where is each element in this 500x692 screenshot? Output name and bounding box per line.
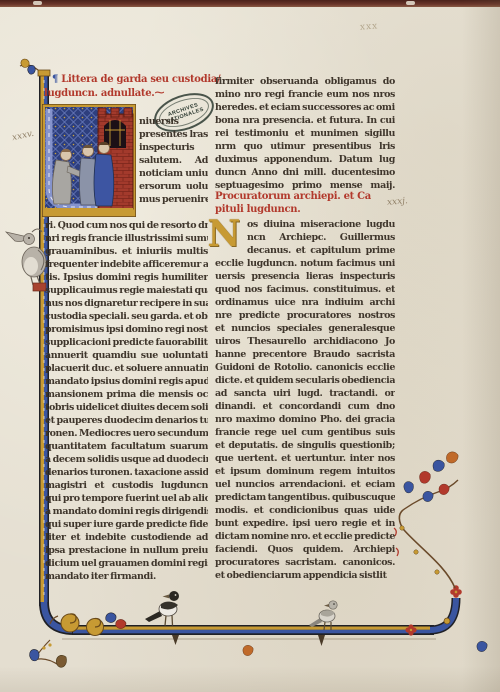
text-line: uiros Thesaurello archidiacono Jo (215, 335, 395, 348)
leaf-spray-bottom-left (30, 640, 67, 667)
text-line: decanus. et capitulum prime (247, 244, 395, 257)
text-line: dicte. et quidem secularis obediencia (215, 374, 395, 387)
text-line: mus peruenire (139, 193, 208, 206)
text-line: noticiam uniu (139, 167, 208, 180)
thorn-leaf-icon (172, 635, 179, 645)
text-line: grauaminibus. et iniuriis multis (45, 245, 208, 258)
text-line: firmiter obseruanda obligamus do (215, 75, 395, 88)
text-line: bunt expedire. ipsi uero regie et in (215, 517, 395, 530)
text-line: tis. Ipsius domini regis humiliter (45, 271, 208, 284)
text-line: francie rege uel cum gentibus suis (215, 426, 395, 439)
right-rubric-line-1: Procuratorum archiepi. et Ca (215, 191, 371, 202)
text-line: nre predicte procuratores nostros (215, 309, 395, 322)
text-line: modis. et condicionibus quas uide (215, 504, 395, 517)
text-line: dictam nomine nro. et ecclie predicte (215, 530, 395, 543)
text-line: ri. Quod cum nos qui de resorto dni (45, 219, 208, 232)
text-line: denarios turonen. taxacione assiden (45, 466, 208, 479)
text-line: procuratores sacristam. canonicos. (215, 556, 395, 569)
text-line: heredes. et eciam successores ac omia (215, 101, 395, 114)
text-line: duncn Anno dni mill. ducentesimo (215, 166, 395, 179)
small-leaf-icon (477, 641, 487, 651)
text-line: a decem solidis usque ad duodecim (45, 453, 208, 466)
text-line: que uertent. et uertuntur. inter nos (215, 452, 395, 465)
text-line: nro maximo domino Pho. dei gracia (215, 413, 395, 426)
red-flower-ornament (450, 585, 462, 598)
magpie-bird-icon (145, 591, 179, 626)
text-line: promisimus ipsi domino regi nostre (45, 323, 208, 336)
text-line: mandato iter firmandi. (45, 570, 208, 583)
text-line: nri regis francie illustrissimi sumus (45, 232, 208, 245)
text-line: quod nos facimus. constituimus. et (215, 283, 395, 296)
text-line: mansionem prima die mensis oc (45, 388, 208, 401)
text-line: bona nra presencia. et futura. In cui (215, 114, 395, 127)
thorn-leaf-icon (318, 635, 325, 646)
text-line: dicium uel grauamen domini regis (45, 557, 208, 570)
text-line: ronen. Mediocres uero secundum (45, 427, 208, 440)
left-column-text: ri. Quod cum nos qui de resorto dninri r… (45, 219, 208, 583)
text-line: a mandato domini regis dirigendis (45, 505, 208, 518)
text-line: et pauperes duodecim denarios tu (45, 414, 208, 427)
text-line: uel nuncios arrendacioni. et eciam (215, 478, 395, 491)
text-line: Guidoni de Rotolio. canonicis ecclie (215, 361, 395, 374)
text-line: os diuina miseracione lugdu (247, 218, 395, 231)
text-line: qui pro tempore fuerint uel ab alio (45, 492, 208, 505)
text-line: dinandi. et concordandi cum dno (215, 400, 395, 413)
text-line: et nuncios speciales generalesque (215, 322, 395, 335)
right-vine (399, 452, 458, 588)
bar-top-leaf-ornament (20, 59, 38, 74)
text-line: et obedienciarum appendicia sistlit (215, 569, 395, 582)
text-line: inspecturis (139, 141, 208, 154)
rubric-line-1: ¶ Littera de garda seu custodia/ (52, 74, 220, 85)
text-line: magistri et custodis lugduncn (45, 479, 208, 492)
text-line: supplicacioni predicte fauorabiliter (45, 336, 208, 349)
text-line: ersorum uolu (139, 180, 208, 193)
manuscript-page: { "colors": { "parchment": "#e7e2d5", "i… (0, 0, 500, 692)
leaf-spray-right (404, 452, 458, 502)
text-line: liter et indebite custodiende ad (45, 531, 208, 544)
text-line: et deputatis. de singulis questionib; (215, 439, 395, 452)
text-line: niuersis (139, 115, 208, 128)
text-line: nrm quo utimur presentibus lris (215, 140, 395, 153)
text-line: uersis presencia lieras inspecturis (215, 270, 395, 283)
text-line: salutem. Ad (139, 154, 208, 167)
right-column-indented: os diuina miseracione lugduncn Archiepc.… (247, 218, 395, 257)
text-line: ordinamus uice nra indiuim archi (215, 296, 395, 309)
text-line: et ipsum dominum regem intuitos (215, 465, 395, 478)
text-line: mino nro regi francie eum nos nros (215, 88, 395, 101)
right-column-text: ecclie lugduncn. notum facimus uniuersis… (215, 257, 395, 582)
left-column-intro: niuersispresentes lrasinspecturissalutem… (139, 115, 208, 206)
text-line: custodia speciali. seu garda. et obloc (45, 310, 208, 323)
text-line: qui super iure garde predicte fide (45, 518, 208, 531)
miniature-figures (52, 142, 113, 206)
text-line: nus nos dignaretur recipere in sua (45, 297, 208, 310)
right-column-text-top: firmiter obseruanda obligamus domino nro… (215, 75, 395, 192)
text-line: frequenter indebite afficeremur a mil (45, 258, 208, 271)
text-line: predictam tangentibus. quibuscuque (215, 491, 395, 504)
text-line: hanne precentore Braudo sacrista (215, 348, 395, 361)
paraph-mark: ¶ (52, 74, 58, 85)
small-leaf-icon (243, 645, 253, 655)
text-line: ncn Archiepc. Guillermus (247, 231, 395, 244)
historiated-initial-miniature (42, 104, 136, 217)
rubric-line-2: lugduncn. adnullate.⁓ (44, 88, 164, 99)
text-line: presentes lras (139, 128, 208, 141)
text-line: rei testimoniu et munimen sigillu (215, 127, 395, 140)
red-flourish (396, 548, 398, 556)
text-line: ad sancta uiri lugd. tractandi. or (215, 387, 395, 400)
text-line: ipsa prestacione in nullum preiu (45, 544, 208, 557)
text-line: mandato ipsius domini regis apud (45, 375, 208, 388)
text-line: faciendi. Quos quidem. Archiepi (215, 543, 395, 556)
text-line: duximus apponendum. Datum lug (215, 153, 395, 166)
text-line: placuerit duc. et soluere annuatim (45, 362, 208, 375)
gold-initial-letter: N (204, 212, 244, 256)
text-line: ecclie lugduncn. notum facimus uni (215, 257, 395, 270)
text-line: supplicauimus regie maiestati quati (45, 284, 208, 297)
miniature-ground (45, 208, 133, 214)
text-line: tobris uidelicet diuites decem solidos (45, 401, 208, 414)
border-right-curve (405, 585, 461, 635)
text-line: quantitatem facultatum suarum (45, 440, 208, 453)
text-line: annuerit quamdiu sue uoluntati (45, 349, 208, 362)
